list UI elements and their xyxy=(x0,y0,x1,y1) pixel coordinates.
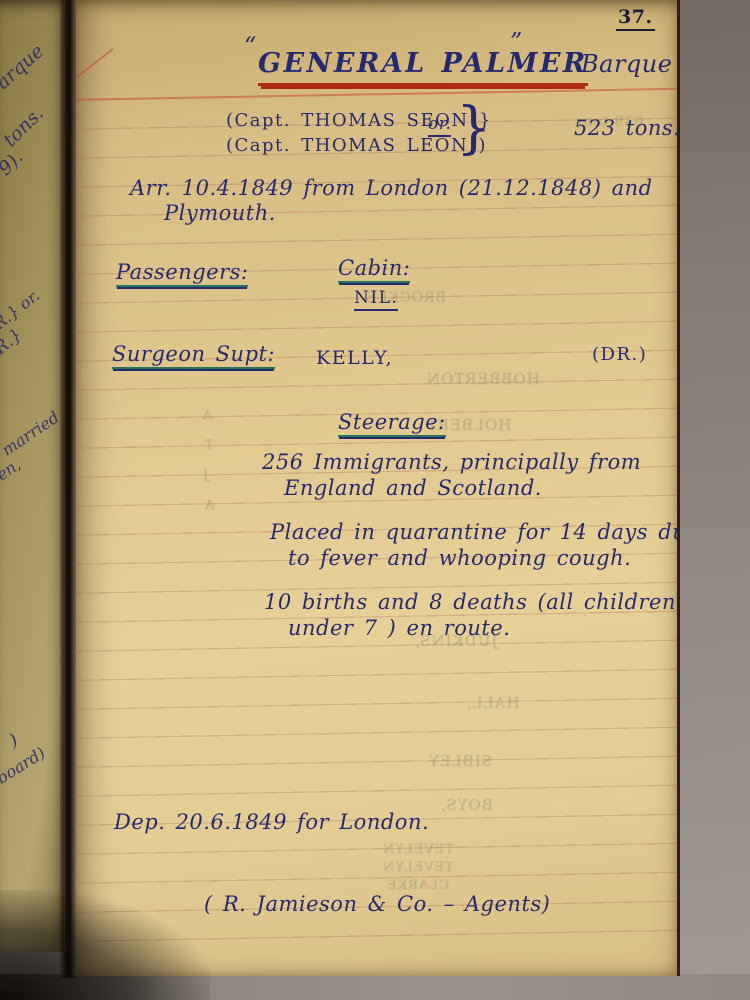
births-deaths-line-2: under 7 ) en route. xyxy=(288,616,510,640)
register-page: 639 tonsBROCKLEHOBBERTONAHOLBERTTJAJUDKI… xyxy=(76,0,680,976)
ghost-text-fragment: A xyxy=(202,408,212,423)
previous-page-text-fragment: married xyxy=(0,407,63,459)
departure-note: Dep. 20.6.1849 for London. xyxy=(114,810,429,834)
ship-name: GENERAL PALMER xyxy=(258,48,588,86)
red-margin-line-curve xyxy=(76,48,113,78)
page-number: 37. xyxy=(616,6,655,31)
cabin-value: NIL. xyxy=(354,288,398,311)
births-deaths-line-1: 10 births and 8 deaths (all children xyxy=(264,590,676,614)
surgeon-title: (DR.) xyxy=(592,344,647,365)
ghost-text-fragment: SIBLEY xyxy=(428,752,492,770)
previous-page-text-fragment: board) xyxy=(0,743,49,787)
previous-page-text-fragment: R.} or. xyxy=(0,286,43,334)
previous-page-text-fragment: 9). xyxy=(0,146,28,180)
cabin-heading: Cabin: xyxy=(338,256,410,283)
ghost-text-fragment: A xyxy=(204,498,214,513)
rig-type: Barque xyxy=(581,50,672,78)
surgeon-name: KELLY, xyxy=(316,347,393,369)
ghost-text-fragment: CLARKE xyxy=(386,878,449,893)
quarantine-line-1: Placed in quarantine for 14 days due xyxy=(270,520,680,544)
title-close-quote: ” xyxy=(510,28,523,56)
previous-page-text-fragment: ) xyxy=(5,730,21,752)
ghost-text-fragment: BOYS, xyxy=(440,796,493,814)
previous-page-text-fragment: en, xyxy=(0,455,24,485)
ghost-text-fragment: TEVELYN xyxy=(382,842,454,857)
photograph-of-register-page: arquetons.9).R.} or.R.}marrieden,)board)… xyxy=(0,0,750,1000)
surgeon-heading: Surgeon Supt: xyxy=(112,342,275,369)
previous-page-text-fragment: arque xyxy=(0,40,48,94)
agents-note: ( R. Jamieson & Co. – Agents) xyxy=(204,892,550,916)
captain-line-1: (Capt. THOMAS SEON } xyxy=(226,110,492,131)
steerage-heading: Steerage: xyxy=(338,410,446,437)
bottom-left-shadow xyxy=(0,890,210,1000)
ghost-text-fragment: HALL, xyxy=(466,694,520,712)
arrival-line-1: Arr. 10.4.1849 from London (21.12.1848) … xyxy=(130,176,653,200)
steerage-immigrants-line-2: England and Scotland. xyxy=(284,476,542,500)
previous-page-text-fragment: tons. xyxy=(0,103,48,152)
quarantine-line-2: to fever and whooping cough. xyxy=(288,546,631,570)
passengers-heading: Passengers: xyxy=(116,260,248,287)
previous-page-edge: arquetons.9).R.} or.R.}marrieden,)board) xyxy=(0,0,64,952)
ghost-text-fragment: J xyxy=(202,468,208,483)
ghost-text-fragment: T xyxy=(204,438,214,453)
steerage-immigrants-line-1: 256 Immigrants, principally from xyxy=(262,450,641,474)
title-open-quote: “ xyxy=(244,32,257,60)
ghost-text-fragment: HOBBERTON xyxy=(426,370,540,388)
tonnage: 523 tons. xyxy=(574,116,680,140)
captain-line-2: (Capt. THOMAS LEON ) xyxy=(226,135,487,156)
ghost-text-fragment: TEVELYN xyxy=(382,860,454,875)
captain-or-label: or. xyxy=(428,114,451,137)
arrival-line-2: Plymouth. xyxy=(164,201,276,225)
